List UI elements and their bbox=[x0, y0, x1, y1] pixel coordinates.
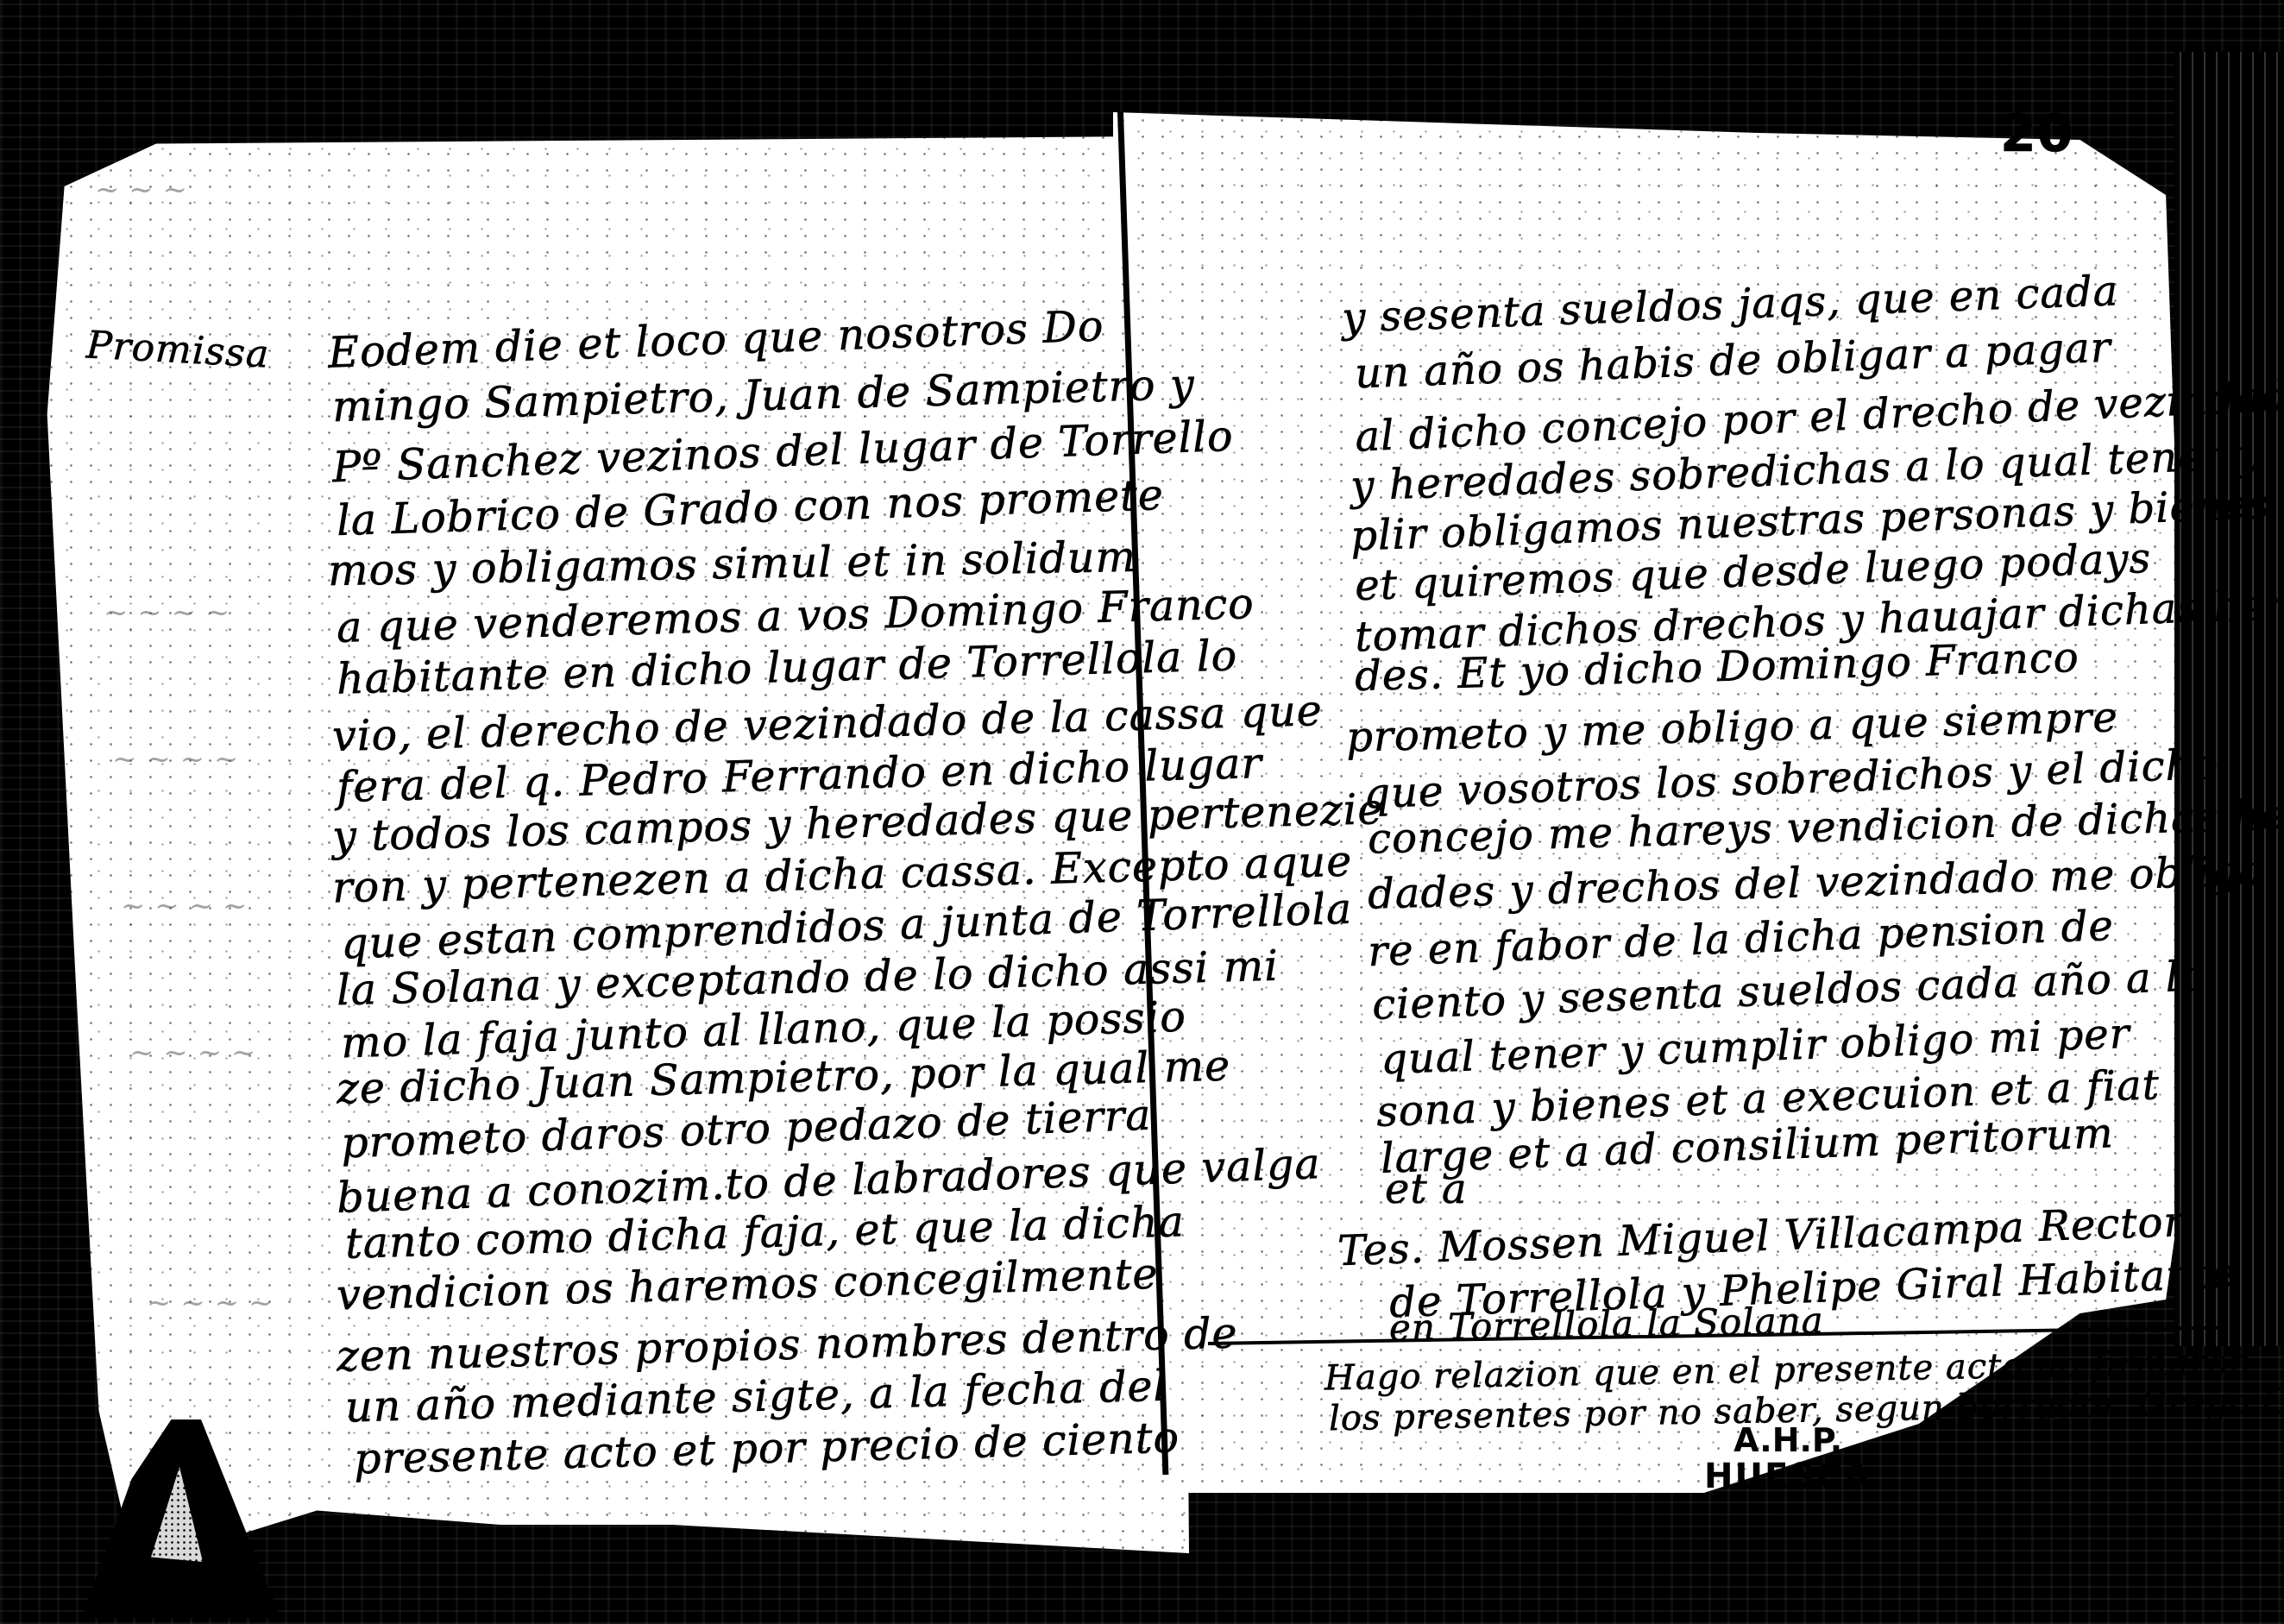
bleed-through-text: ~ ~ ~ ~ bbox=[112, 742, 238, 777]
bleed-through-text: ~ ~ ~ ~ bbox=[104, 595, 230, 630]
archive-stamp: A.H.P. HUESCA bbox=[1704, 1424, 1872, 1495]
folio-number: 20 bbox=[2000, 104, 2074, 164]
stamp-line-2: HUESCA bbox=[1704, 1458, 1872, 1495]
page-edge-shadow bbox=[2174, 52, 2284, 1346]
text-line: et a bbox=[1385, 1165, 1468, 1213]
bleed-through-text: ~ ~ ~ ~ bbox=[147, 1286, 273, 1320]
stamp-line-1: A.H.P. bbox=[1704, 1424, 1872, 1458]
witness-line: en Torrellola la Solana bbox=[1389, 1300, 1825, 1350]
bleed-through-text: ~ ~ ~ ~ bbox=[129, 1035, 255, 1070]
bleed-through-text: ~ ~ ~ ~ bbox=[121, 889, 247, 923]
bleed-through-text: ~ ~ ~ bbox=[95, 173, 187, 207]
